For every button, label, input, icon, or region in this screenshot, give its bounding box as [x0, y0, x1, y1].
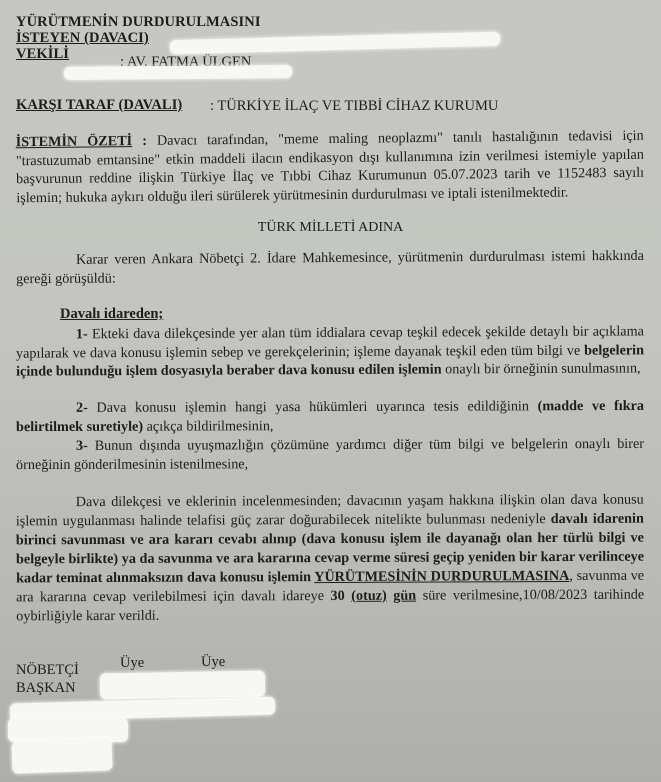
- nation-title: TÜRK MİLLETİ ADINA: [0, 220, 661, 236]
- redaction-signature-c: [8, 718, 128, 742]
- decision-paragraph: Dava dilekçesi ve eklerinin incelenmesin…: [16, 491, 645, 627]
- request-item-2: 2- Dava konusu işlemin hangi yasa hüküml…: [16, 397, 644, 436]
- document-heading: YÜRÜTMENİN DURDURULMASINI: [16, 14, 261, 31]
- summary-label: İSTEMİN ÖZETİ: [16, 133, 133, 150]
- claim-summary: İSTEMİN ÖZETİ : Davacı tarafından, "meme…: [16, 127, 645, 208]
- intro-paragraph: Karar veren Ankara Nöbetçi 2. İdare Mahk…: [16, 247, 644, 288]
- redaction-signature-d: [11, 738, 112, 773]
- court-decision-document: YÜRÜTMENİN DURDURULMASINI İSTEYEN (DAVAC…: [0, 0, 661, 782]
- member2-title: Üye: [201, 654, 225, 671]
- requests-heading: Davalı idareden;: [60, 306, 163, 323]
- redaction-address: [64, 65, 292, 80]
- stay-of-execution: YÜRÜTMESİNİN DURDURULMASINA: [314, 568, 569, 585]
- chair-title-line2: BAŞKAN: [16, 680, 76, 697]
- redaction-plaintiff: [170, 32, 500, 55]
- defendant-name: : TÜRKİYE İLAÇ VE TIBBİ CİHAZ KURUMU: [210, 98, 498, 115]
- chair-title-line1: NÖBETÇİ: [16, 662, 79, 679]
- redaction-signature-a: [100, 671, 265, 700]
- member1-title: Üye: [120, 655, 144, 672]
- defendant-label: KARŞI TARAF (DAVALI): [16, 97, 182, 114]
- attorney-label: VEKİLİ: [16, 46, 69, 63]
- request-item-3: 3- Bunun dışında uyuşmazlığın çözümüne y…: [16, 435, 644, 474]
- plaintiff-label: İSTEYEN (DAVACI): [16, 30, 149, 47]
- request-item-1: 1- Ekteki dava dilekçesinde yer alan tüm…: [16, 322, 644, 381]
